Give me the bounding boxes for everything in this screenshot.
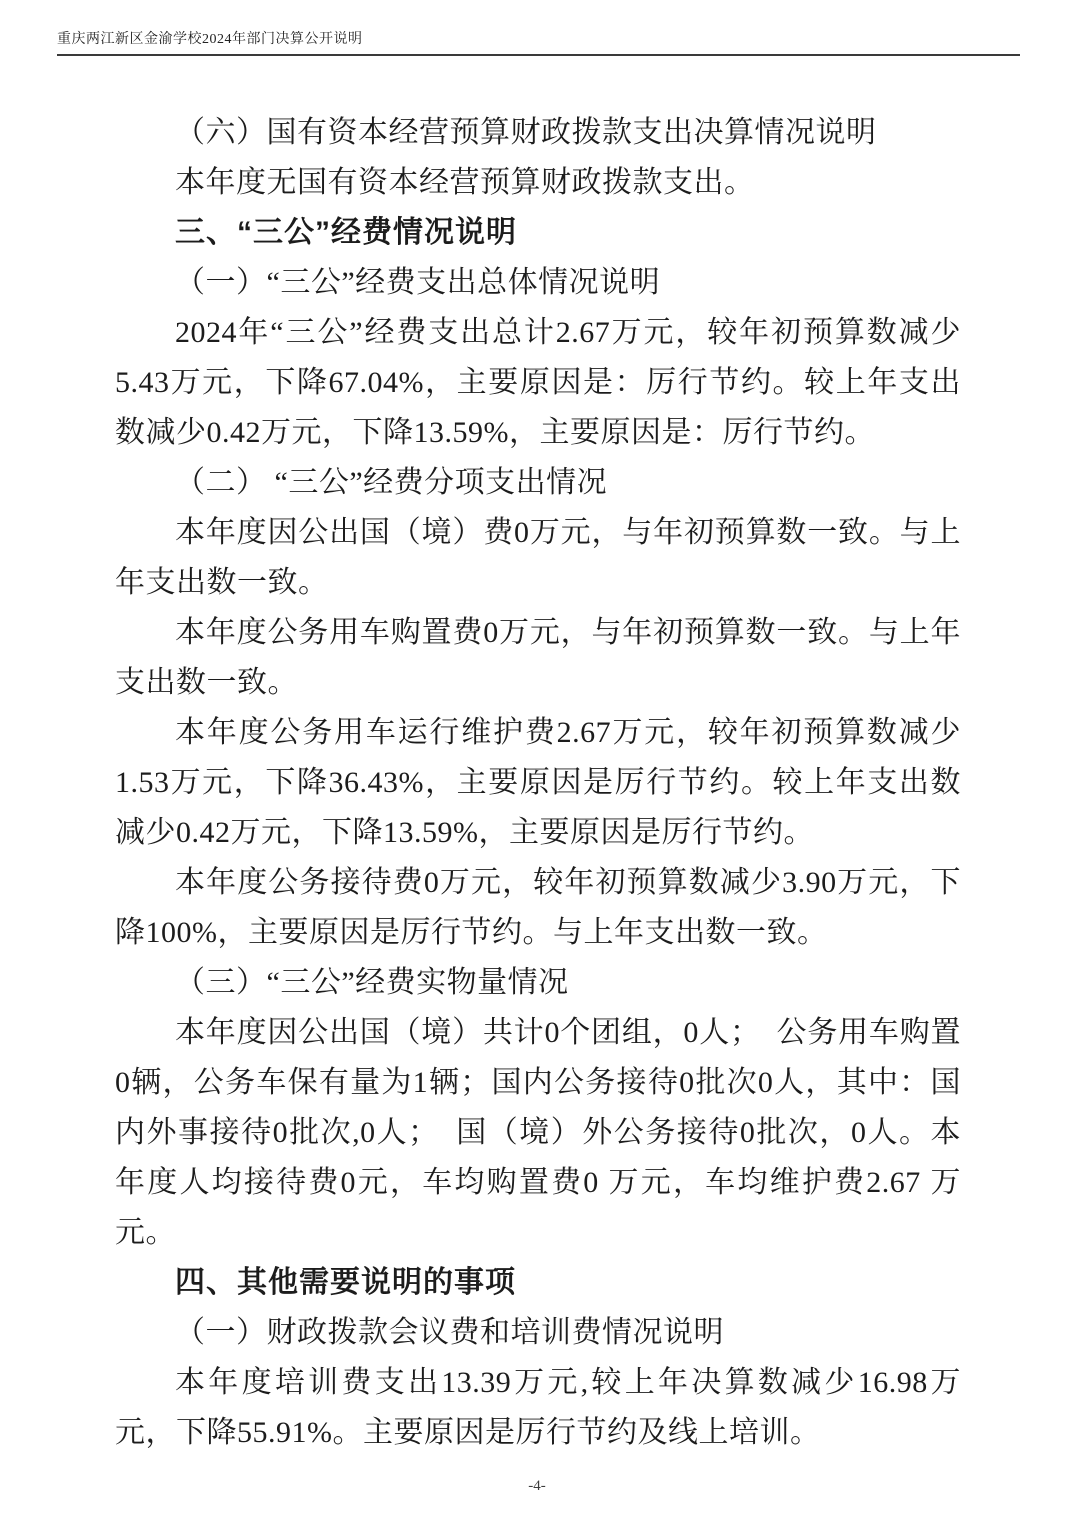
chapter-heading-3: 三、“三公”经费情况说明	[115, 208, 961, 258]
chapter-heading-4: 四、其他需要说明的事项	[115, 1258, 961, 1308]
section-heading-4-1: （一）财政拨款会议费和培训费情况说明	[115, 1308, 961, 1358]
paragraph: 本年度公务用车购置费0万元，与年初预算数一致。与上年支出数一致。	[115, 608, 961, 708]
paragraph: 本年度公务用车运行维护费2.67万元，较年初预算数减少1.53万元，下降36.4…	[115, 708, 961, 858]
header-rule	[57, 54, 1020, 56]
page-number: -4-	[0, 1478, 1074, 1495]
paragraph: 本年度培训费支出13.39万元,较上年决算数减少16.98万元，下降55.91%…	[115, 1358, 961, 1458]
document-page: 重庆两江新区金渝学校2024年部门决算公开说明 （六）国有资本经营预算财政拨款支…	[0, 0, 1074, 1520]
paragraph: 本年度公务接待费0万元，较年初预算数减少3.90万元，下降100%，主要原因是厉…	[115, 858, 961, 958]
section-heading-3-2: （二） “三公”经费分项支出情况	[115, 458, 961, 508]
page-header: 重庆两江新区金渝学校2024年部门决算公开说明	[57, 30, 1020, 56]
document-body: （六）国有资本经营预算财政拨款支出决算情况说明 本年度无国有资本经营预算财政拨款…	[115, 108, 961, 1458]
paragraph: 本年度因公出国（境）费0万元，与年初预算数一致。与上年支出数一致。	[115, 508, 961, 608]
paragraph: 本年度因公出国（境）共计0个团组，0人； 公务用车购置0辆，公务车保有量为1辆；…	[115, 1008, 961, 1258]
section-heading-6: （六）国有资本经营预算财政拨款支出决算情况说明	[115, 108, 961, 158]
paragraph: 2024年“三公”经费支出总计2.67万元，较年初预算数减少5.43万元，下降6…	[115, 308, 961, 458]
section-heading-3-3: （三）“三公”经费实物量情况	[115, 958, 961, 1008]
paragraph: 本年度无国有资本经营预算财政拨款支出。	[115, 158, 961, 208]
section-heading-3-1: （一）“三公”经费支出总体情况说明	[115, 258, 961, 308]
page-header-title: 重庆两江新区金渝学校2024年部门决算公开说明	[57, 30, 1020, 50]
